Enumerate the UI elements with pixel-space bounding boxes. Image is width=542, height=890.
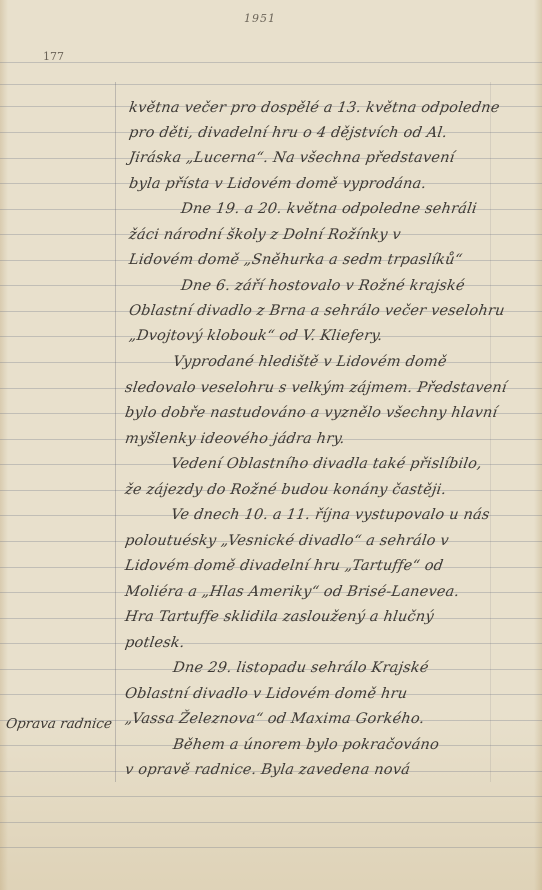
text-line: Dne 6. září hostovalo v Rožné krajské [180, 278, 466, 294]
text-line: Hra Tartuffe sklidila zasloužený a hlučn… [124, 609, 435, 625]
margin-line [115, 82, 116, 782]
text-line: Jiráska „Lucerna“. Na všechna představen… [128, 150, 456, 166]
text-line: poloutuésky „Vesnické divadlo“ a sehrálo… [124, 533, 450, 549]
ruled-line [0, 62, 542, 63]
text-line: pro děti, divadelní hru o 4 dějstvích od… [128, 125, 448, 141]
text-line: potlesk. [124, 635, 186, 651]
text-line: sledovalo veselohru s velkým zájmem. Pře… [124, 380, 508, 396]
text-line: Lidovém domě divadelní hru „Tartuffe“ od [124, 558, 444, 574]
text-line: Dne 29. listopadu sehrálo Krajské [172, 660, 430, 676]
text-line: Dne 19. a 20. května odpoledne sehráli [180, 201, 478, 217]
text-line: Oblastní divadlo z Brna a sehrálo večer … [128, 303, 506, 319]
ruled-line [0, 84, 542, 85]
text-line: Během a únorem bylo pokračováno [172, 737, 440, 753]
text-line: bylo dobře nastudováno a vyznělo všechny… [124, 405, 498, 421]
margin-note: Oprava radnice [5, 716, 113, 732]
text-line: „Dvojtový klobouk“ od V. Kliefery. [128, 328, 384, 344]
text-line: Moliéra a „Hlas Ameriky“ od Brisé-Laneve… [124, 584, 460, 600]
document-page: 1951 177 května večer pro dospělé a 13. … [0, 0, 542, 890]
ruled-line [0, 796, 542, 797]
text-line: Vedení Oblastního divadla také přislíbil… [170, 456, 483, 472]
text-line: Lidovém domě „Sněhurka a sedm trpaslíků“ [128, 252, 463, 268]
page-number: 177 [43, 50, 64, 63]
text-line: května večer pro dospělé a 13. května od… [128, 100, 501, 116]
text-line: Oblastní divadlo v Lidovém domě hru [124, 686, 408, 702]
right-margin-line [490, 82, 491, 782]
ruled-line [0, 643, 542, 644]
text-line: Vyprodané hlediště v Lidovém domě [172, 354, 448, 370]
text-line: žáci národní školy z Dolní Rožínky v [128, 227, 402, 243]
ruled-line [0, 822, 542, 823]
ruled-line [0, 847, 542, 848]
text-line: byla přísta v Lidovém domě vyprodána. [128, 176, 427, 192]
text-line: v opravě radnice. Byla zavedena nová [124, 762, 411, 778]
header-year: 1951 [244, 12, 276, 25]
text-line: „Vassa Železnova“ od Maxima Gorkého. [124, 711, 425, 727]
text-line: že zájezdy do Rožné budou konány častěji… [124, 482, 447, 498]
text-line: myšlenky ideového jádra hry. [124, 431, 346, 447]
text-line: Ve dnech 10. a 11. října vystupovalo u n… [170, 507, 491, 523]
